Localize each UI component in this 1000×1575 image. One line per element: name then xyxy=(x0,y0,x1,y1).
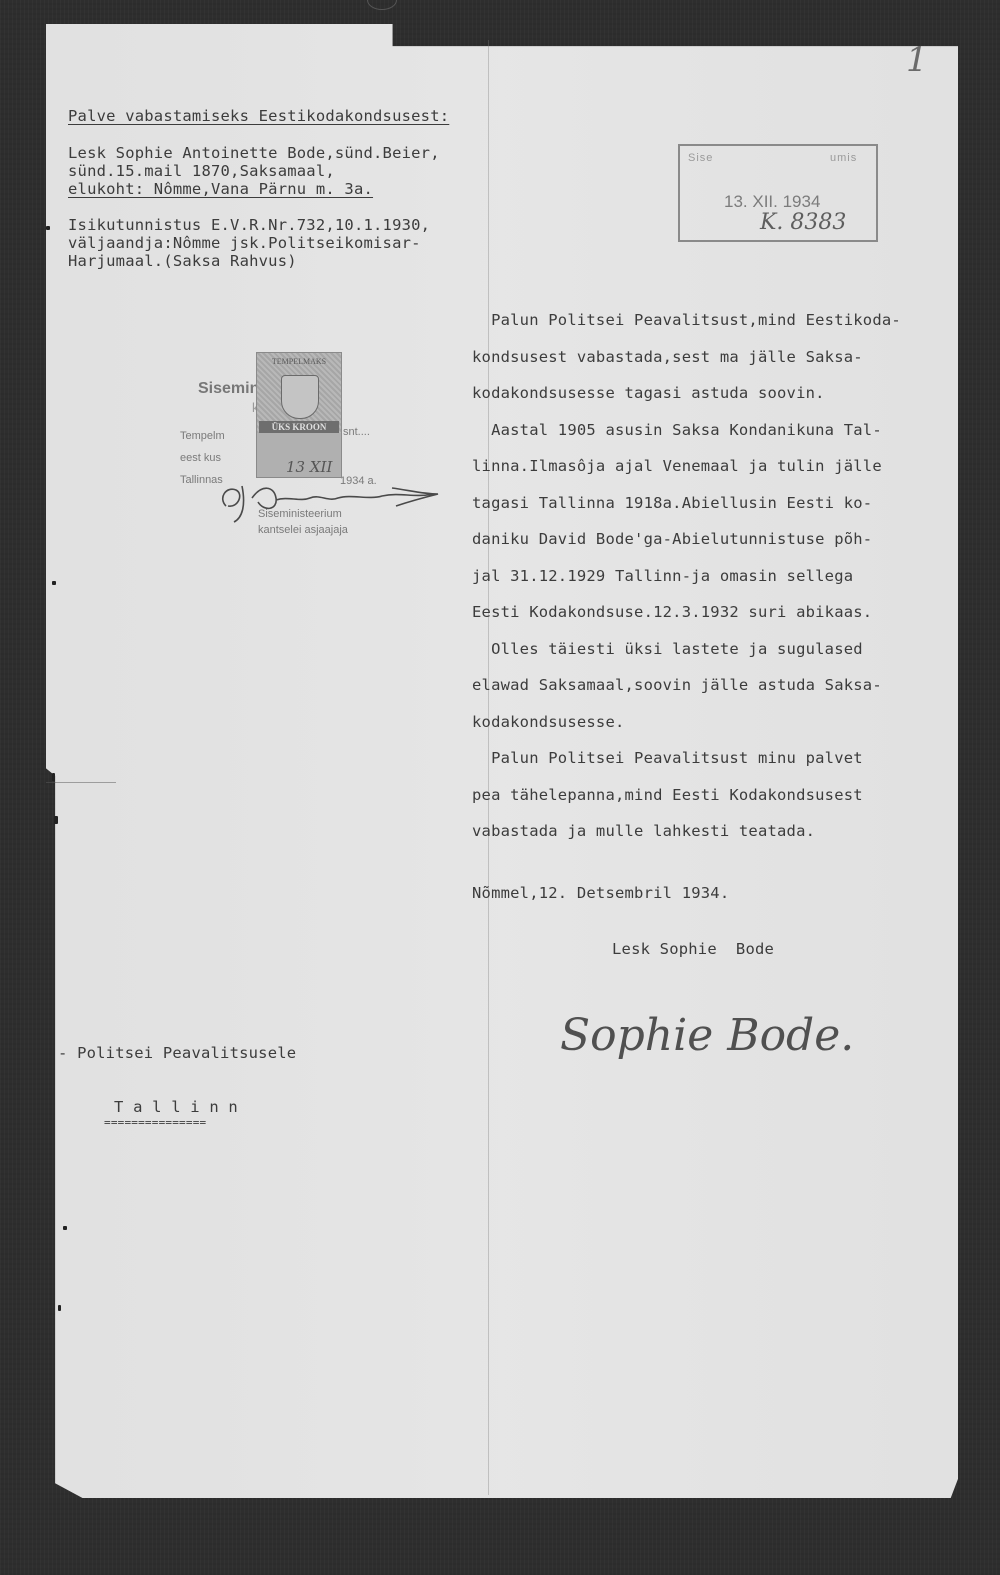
body-line: Eesti Kodakondsuse.12.3.1932 suri abikaa… xyxy=(472,594,901,631)
coat-of-arms-icon xyxy=(281,375,319,419)
body-line: kodakondsusesse tagasi astuda soovin. xyxy=(472,375,901,412)
stamp-title-left: Sise xyxy=(688,152,713,164)
handwritten-signature: Sophie Bode. xyxy=(560,1010,854,1061)
revenue-stamp-label: TEMPELMAKS xyxy=(259,357,339,366)
margin-mark xyxy=(58,1305,61,1311)
place-and-date: Nõmmel,12. Detsembril 1934. xyxy=(472,884,729,902)
body-line: kondsusest vabastada,sest ma jälle Saksa… xyxy=(472,339,901,376)
id-line-1: Isikutunnistus E.V.R.Nr.732,10.1.1930, xyxy=(68,216,430,234)
received-stamp: Sise umis 13. XII. 1934 K. 8383 xyxy=(678,144,878,242)
fold-line-horizontal xyxy=(46,782,116,783)
body-line: kodakondsusesse. xyxy=(472,704,901,741)
addressee-line: - Politsei Peavalitsusele xyxy=(58,1044,296,1062)
revenue-stamp-date-handwritten: 13 XII xyxy=(286,458,332,476)
stamp-date: 13. XII. 1934 xyxy=(724,192,820,212)
body-line: vabastada ja mulle lahkesti teatada. xyxy=(472,813,901,850)
id-line-2: väljaandja:Nômme jsk.Politseikomisar- xyxy=(68,234,421,252)
body-line: Aastal 1905 asusin Saksa Kondanikuna Tal… xyxy=(472,412,901,449)
document-heading: Palve vabastamiseks Eestikodakondsusest: xyxy=(68,107,449,125)
signer-name: Lesk Sophie Bode xyxy=(612,940,774,958)
body-line: daniku David Bode'ga-Abielutunnistuse põ… xyxy=(472,521,901,558)
margin-mark xyxy=(52,581,56,585)
body-line: linna.Ilmasôja ajal Venemaal ja tulin jä… xyxy=(472,448,901,485)
body-line: Olles täiesti üksi lastete ja sugulased xyxy=(472,631,901,668)
seal-row-1: Tempelm xyxy=(180,430,225,442)
body-line: jal 31.12.1929 Tallinn-ja omasin sellega xyxy=(472,558,901,595)
body-line: tagasi Tallinna 1918a.Abiellusin Eesti k… xyxy=(472,485,901,522)
revenue-stamp-value: ÜKS KROON xyxy=(259,421,339,433)
margin-mark xyxy=(54,816,58,824)
body-line: elawad Saksamaal,soovin jälle astuda Sak… xyxy=(472,667,901,704)
margin-mark xyxy=(63,1226,67,1230)
stamp-title-right: umis xyxy=(830,152,857,164)
body-line: Palun Politsei Peavalitsust,mind Eestiko… xyxy=(472,302,901,339)
body-line: pea tähelepanna,mind Eesti Kodakondsuses… xyxy=(472,777,901,814)
applicant-line-1: Lesk Sophie Antoinette Bode,sünd.Beier, xyxy=(68,144,440,162)
body-line: Palun Politsei Peavalitsust minu palvet xyxy=(472,740,901,777)
applicant-line-3: elukoht: Nômme,Vana Pärnu m. 3a. xyxy=(68,180,373,198)
signature-seal-line-2: kantselei asjaajaja xyxy=(258,524,348,536)
addressee-rule: =============== xyxy=(104,1114,206,1132)
stamp-number: K. 8383 xyxy=(760,210,846,235)
applicant-line-2: sünd.15.mail 1870,Saksamaal, xyxy=(68,162,335,180)
signature-seal-line-1: Siseministeerium xyxy=(258,508,342,520)
margin-mark xyxy=(52,773,55,781)
margin-mark xyxy=(46,226,50,230)
letter-body: Palun Politsei Peavalitsust,mind Eestiko… xyxy=(472,302,901,850)
page-number: 1 xyxy=(906,40,928,80)
seal-row-1-end: snt.... xyxy=(343,426,370,438)
seal-row-2: eest kus xyxy=(180,452,221,464)
id-line-3: Harjumaal.(Saksa Rahvus) xyxy=(68,252,297,270)
